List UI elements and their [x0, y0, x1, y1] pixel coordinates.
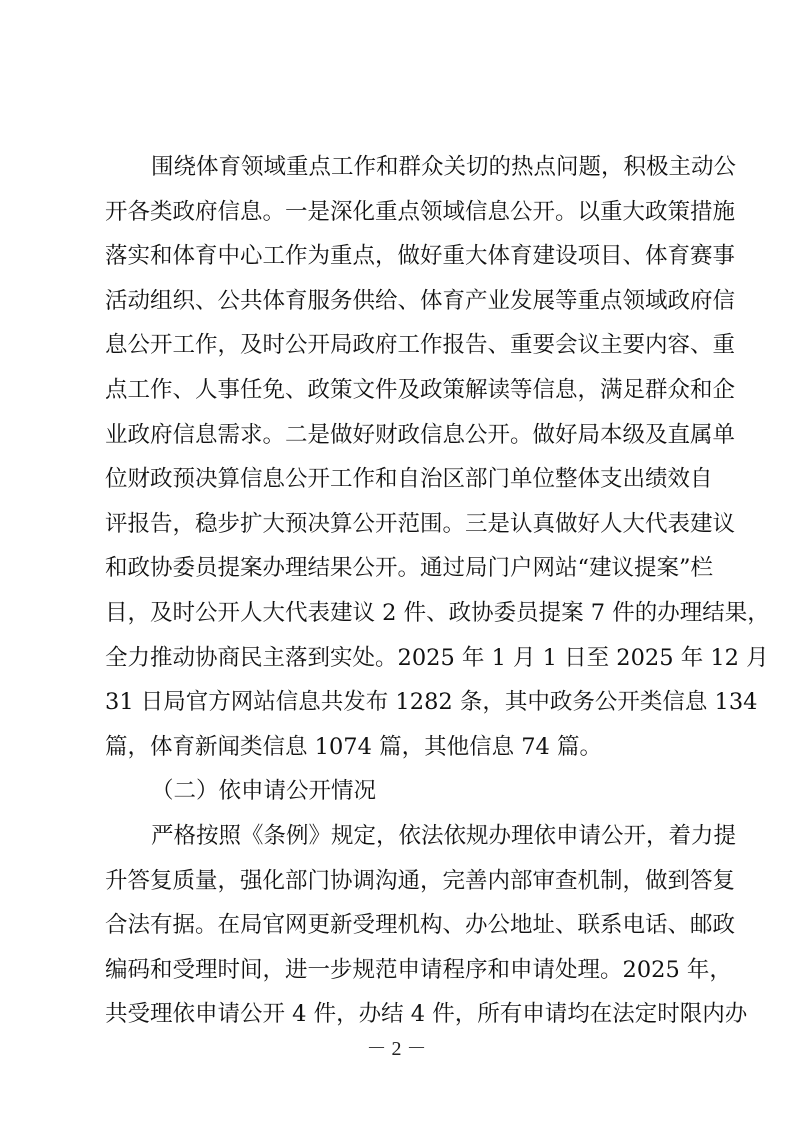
section-heading: （二）依申请公开情况	[105, 769, 693, 814]
text-line: 评报告，稳步扩大预决算公开范围。三是认真做好人大代表建议	[105, 502, 693, 547]
text-line: 落实和体育中心工作为重点，做好重大体育建设项目、体育赛事	[105, 234, 693, 279]
text-line: 开各类政府信息。一是深化重点领域信息公开。以重大政策措施	[105, 190, 693, 235]
text-line: 和政协委员提案办理结果公开。通过局门户网站“建议提案”栏	[105, 546, 693, 591]
text-line: 升答复质量，强化部门协调沟通，完善内部审查机制，做到答复	[105, 859, 693, 904]
text-line: 围绕体育领域重点工作和群众关切的热点问题，积极主动公	[105, 145, 693, 190]
paragraph-application-disclosure: 严格按照《条例》规定，依法依规办理依申请公开，着力提 升答复质量，强化部门协调沟…	[105, 814, 693, 1037]
text-line: 共受理依申请公开 4 件，办结 4 件，所有申请均在法定时限内办	[105, 992, 693, 1037]
document-body: 围绕体育领域重点工作和群众关切的热点问题，积极主动公 开各类政府信息。一是深化重…	[105, 145, 693, 1037]
text-line: 点工作、人事任免、政策文件及政策解读等信息，满足群众和企	[105, 368, 693, 413]
text-line: 活动组织、公共体育服务供给、体育产业发展等重点领域政府信	[105, 279, 693, 324]
text-line: 31 日局官方网站信息共发布 1282 条，其中政务公开类信息 134	[105, 680, 693, 725]
text-line: 全力推动协商民主落到实处。2025 年 1 月 1 日至 2025 年 12 月	[105, 636, 693, 681]
text-line: 业政府信息需求。二是做好财政信息公开。做好局本级及直属单	[105, 413, 693, 458]
text-line: 息公开工作，及时公开局政府工作报告、重要会议主要内容、重	[105, 323, 693, 368]
text-line: 篇，体育新闻类信息 1074 篇，其他信息 74 篇。	[105, 725, 693, 770]
text-line: 编码和受理时间，进一步规范申请程序和申请处理。2025 年，	[105, 948, 693, 993]
text-line: 严格按照《条例》规定，依法依规办理依申请公开，着力提	[105, 814, 693, 859]
text-line: 位财政预决算信息公开工作和自治区部门单位整体支出绩效自	[105, 457, 693, 502]
paragraph-key-areas-disclosure: 围绕体育领域重点工作和群众关切的热点问题，积极主动公 开各类政府信息。一是深化重…	[105, 145, 693, 769]
page-number: － 2 －	[0, 1032, 793, 1061]
text-line: 合法有据。在局官网更新受理机构、办公地址、联系电话、邮政	[105, 903, 693, 948]
document-page: 围绕体育领域重点工作和群众关切的热点问题，积极主动公 开各类政府信息。一是深化重…	[0, 0, 793, 1122]
text-line: 目，及时公开人大代表建议 2 件、政协委员提案 7 件的办理结果，	[105, 591, 693, 636]
